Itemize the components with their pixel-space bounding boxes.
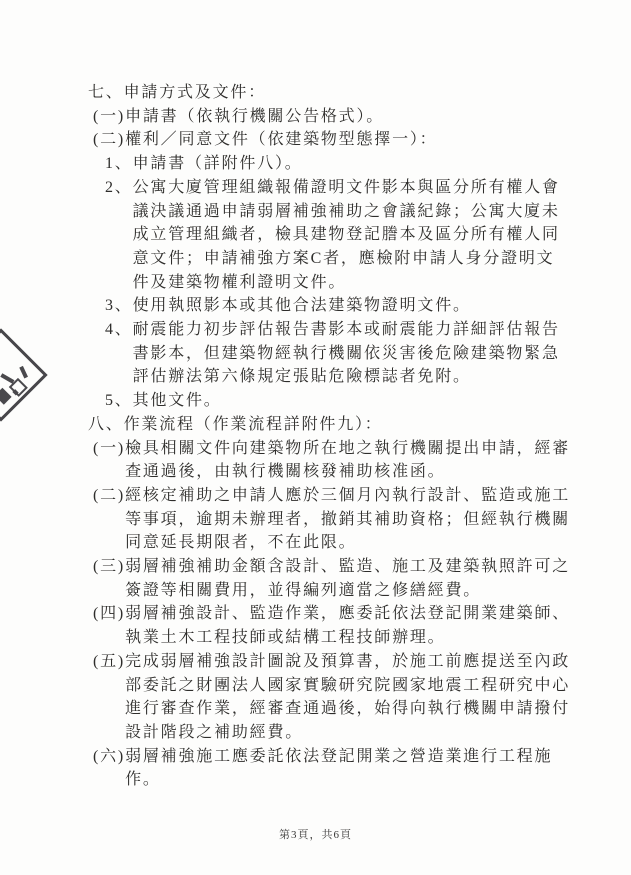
paragraph-text: 公寓大廈管理組織報備證明文件影本與區分所有權人會議決議通過申請弱層補強補助之會議…: [133, 176, 570, 295]
paragraph-text: 耐震能力初步評估報告書影本或耐震能力詳細評估報告書影本，但建築物經執行機關依災害…: [133, 318, 570, 389]
text-line: 申請書（依執行機關公告格式）。: [125, 105, 570, 129]
item-label: (六): [93, 745, 125, 769]
partial-seal-stamp-icon: [0, 328, 48, 421]
paragraph-text: 其他文件。: [133, 389, 570, 413]
text-line: 件及建築物權利證明文件。: [133, 271, 570, 295]
text-line: 書影本，但建築物經執行機關依災害後危險建築物緊急: [133, 342, 570, 366]
paragraph: (五)完成弱層補強設計圖說及預算書，於施工前應提送至內政部委託之財團法人國家實驗…: [93, 650, 570, 745]
item-label: (五): [93, 650, 125, 674]
text-line: 等事項，逾期未辦理者，撤銷其補助資格；但經執行機關: [125, 508, 570, 532]
paragraph-text: 申請書（詳附件八）。: [133, 152, 570, 176]
text-line: 設計階段之補助經費。: [125, 721, 570, 745]
item-label: 4、: [105, 318, 133, 342]
paragraph-text: 權利／同意文件（依建築物型態擇一）：: [125, 128, 570, 152]
paragraph: 2、公寓大廈管理組織報備證明文件影本與區分所有權人會議決議通過申請弱層補強補助之…: [105, 176, 570, 295]
text-line: 同意延長期限者，不在此限。: [125, 531, 570, 555]
paragraph-text: 經核定補助之申請人應於三個月內執行設計、監造或施工等事項，逾期未辦理者，撤銷其補…: [125, 484, 570, 555]
text-line: 執業土木工程技師或結構工程技師辦理。: [125, 626, 570, 650]
text-line: 權利／同意文件（依建築物型態擇一）：: [125, 128, 570, 152]
item-label: (一): [93, 437, 125, 461]
paragraph: (六)弱層補強施工應委託依法登記開業之營造業進行工程施作。: [93, 745, 570, 792]
stamp-mark: [0, 388, 12, 405]
text-line: 完成弱層補強設計圖說及預算書，於施工前應提送至內政: [125, 650, 570, 674]
paragraph-text: 申請書（依執行機關公告格式）。: [125, 105, 570, 129]
text-line: 弱層補強補助金額含設計、監造、施工及建築執照許可之: [125, 555, 570, 579]
paragraph: 1、申請書（詳附件八）。: [105, 152, 570, 176]
paragraph: (一)檢具相關文件向建築物所在地之執行機關提出申請，經審查通過後，由執行機關核發…: [93, 437, 570, 484]
text-line: 部委託之財團法人國家實驗研究院國家地震工程研究中心: [125, 674, 570, 698]
item-label: (三): [93, 555, 125, 579]
paragraph: (二)經核定補助之申請人應於三個月內執行設計、監造或施工等事項，逾期未辦理者，撤…: [93, 484, 570, 555]
text-line: 簽證等相關費用，並得編列適當之修繕經費。: [125, 579, 570, 603]
item-label: 5、: [105, 389, 133, 413]
item-label: 八、: [88, 413, 124, 437]
item-label: (四): [93, 602, 125, 626]
text-line: 申請方式及文件：: [124, 81, 570, 105]
paragraph-text: 作業流程（作業流程詳附件九）：: [124, 413, 570, 437]
paragraph: 4、耐震能力初步評估報告書影本或耐震能力詳細評估報告書影本，但建築物經執行機關依…: [105, 318, 570, 389]
paragraph-text: 完成弱層補強設計圖說及預算書，於施工前應提送至內政部委託之財團法人國家實驗研究院…: [125, 650, 570, 745]
item-label: (二): [93, 128, 125, 152]
paragraph: (一)申請書（依執行機關公告格式）。: [93, 105, 570, 129]
paragraph: (二)權利／同意文件（依建築物型態擇一）：: [93, 128, 570, 152]
item-label: 七、: [88, 81, 124, 105]
text-line: 評估辦法第六條規定張貼危險標誌者免附。: [133, 365, 570, 389]
scanned-document-page: 七、申請方式及文件：(一)申請書（依執行機關公告格式）。(二)權利／同意文件（依…: [0, 0, 631, 875]
item-label: (一): [93, 105, 125, 129]
text-line: 作。: [125, 768, 570, 792]
paragraph: 5、其他文件。: [105, 389, 570, 413]
text-line: 經核定補助之申請人應於三個月內執行設計、監造或施工: [125, 484, 570, 508]
text-line: 耐震能力初步評估報告書影本或耐震能力詳細評估報告: [133, 318, 570, 342]
document-body: 七、申請方式及文件：(一)申請書（依執行機關公告格式）。(二)權利／同意文件（依…: [88, 81, 570, 792]
paragraph-text: 申請方式及文件：: [124, 81, 570, 105]
paragraph-text: 弱層補強施工應委託依法登記開業之營造業進行工程施作。: [125, 745, 570, 792]
text-line: 進行審查作業，經審查通過後，始得向執行機關申請撥付: [125, 697, 570, 721]
text-line: 意文件；申請補強方案C者，應檢附申請人身分證明文: [133, 247, 570, 271]
text-line: 弱層補強施工應委託依法登記開業之營造業進行工程施: [125, 745, 570, 769]
text-line: 弱層補強設計、監造作業，應委託依法登記開業建築師、: [125, 602, 570, 626]
paragraph: 八、作業流程（作業流程詳附件九）：: [88, 413, 570, 437]
text-line: 議決議通過申請弱層補強補助之會議紀錄；公寓大廈未: [133, 200, 570, 224]
paragraph: 七、申請方式及文件：: [88, 81, 570, 105]
paragraph: (三)弱層補強補助金額含設計、監造、施工及建築執照許可之簽證等相關費用，並得編列…: [93, 555, 570, 602]
text-line: 公寓大廈管理組織報備證明文件影本與區分所有權人會: [133, 176, 570, 200]
stamp-mark: [0, 373, 14, 383]
text-line: 其他文件。: [133, 389, 570, 413]
item-label: 1、: [105, 152, 133, 176]
item-label: 3、: [105, 294, 133, 318]
text-line: 查通過後，由執行機關核發補助核准函。: [125, 460, 570, 484]
paragraph-text: 弱層補強補助金額含設計、監造、施工及建築執照許可之簽證等相關費用，並得編列適當之…: [125, 555, 570, 602]
paragraph-text: 弱層補強設計、監造作業，應委託依法登記開業建築師、執業土木工程技師或結構工程技師…: [125, 602, 570, 649]
text-line: 申請書（詳附件八）。: [133, 152, 570, 176]
text-line: 使用執照影本或其他合法建築物證明文件。: [133, 294, 570, 318]
item-label: 2、: [105, 176, 133, 200]
item-label: (二): [93, 484, 125, 508]
paragraph-text: 使用執照影本或其他合法建築物證明文件。: [133, 294, 570, 318]
text-line: 檢具相關文件向建築物所在地之執行機關提出申請，經審: [125, 437, 570, 461]
paragraph: (四)弱層補強設計、監造作業，應委託依法登記開業建築師、執業土木工程技師或結構工…: [93, 602, 570, 649]
text-line: 成立管理組織者，檢具建物登記謄本及區分所有權人同: [133, 223, 570, 247]
page-number-footer: 第3頁，共6頁: [0, 826, 631, 842]
paragraph-text: 檢具相關文件向建築物所在地之執行機關提出申請，經審查通過後，由執行機關核發補助核…: [125, 437, 570, 484]
text-line: 作業流程（作業流程詳附件九）：: [124, 413, 570, 437]
stamp-mark: [19, 366, 28, 379]
paragraph: 3、使用執照影本或其他合法建築物證明文件。: [105, 294, 570, 318]
